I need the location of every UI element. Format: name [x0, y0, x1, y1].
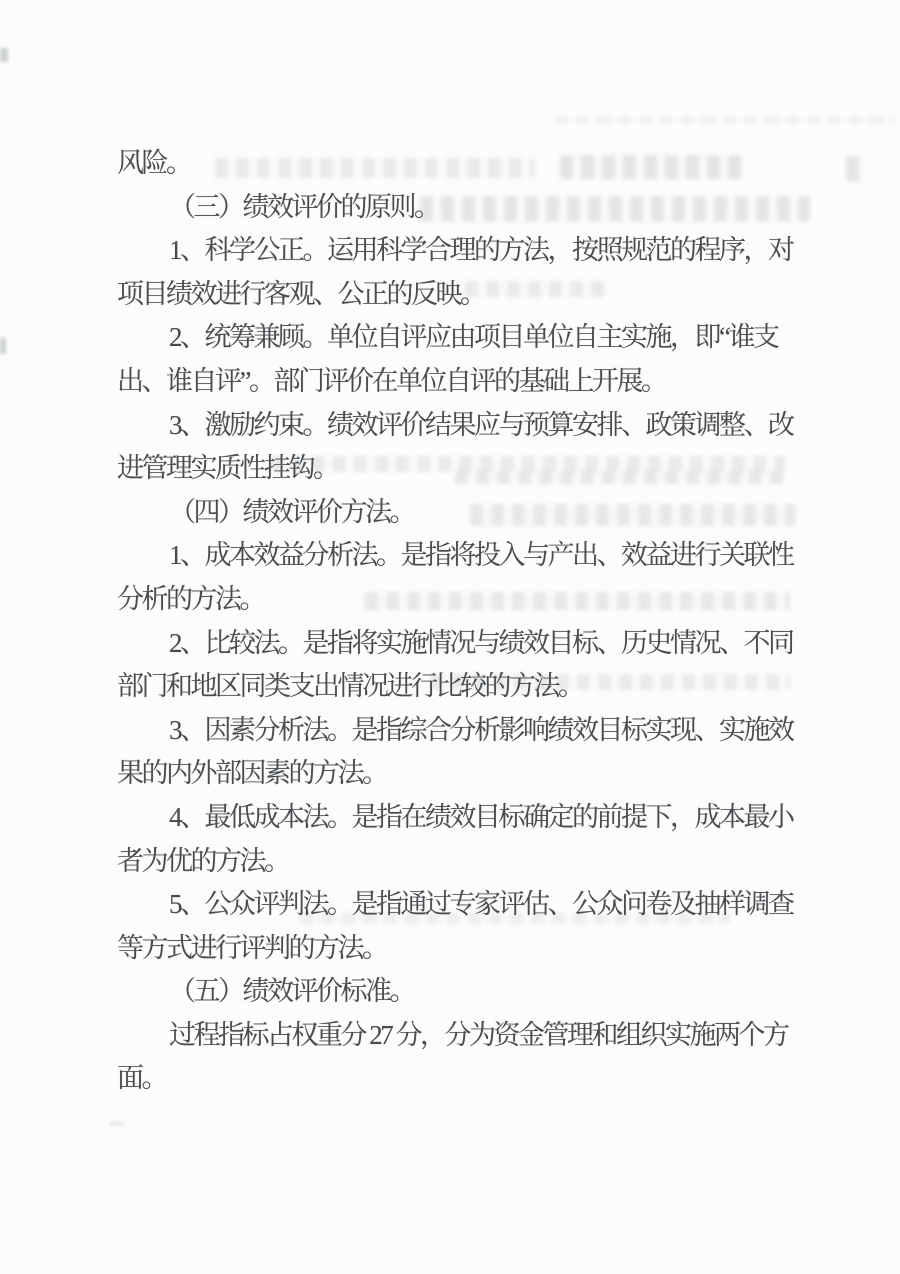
document-line: 分析的方法。	[117, 578, 827, 622]
document-line: 面。	[117, 1057, 827, 1101]
document-line: 2、比较法。是指将实施情况与绩效目标、历史情况、不同	[117, 622, 827, 666]
bleedthrough-artifact	[846, 156, 862, 182]
document-line: 部门和地区同类支出情况进行比较的方法。	[117, 665, 827, 709]
document-line: 风险。	[117, 142, 827, 186]
document-line: 果的内外部因素的方法。	[117, 752, 827, 796]
document-line: 进管理实质性挂钩。	[117, 447, 827, 491]
document-line: 项目绩效进行客观、公正的反映。	[117, 273, 827, 317]
scan-speck	[110, 1122, 124, 1125]
document-line: 者为优的方法。	[117, 840, 827, 884]
document-line: 2、统筹兼顾。单位自评应由项目单位自主实施，即“谁支	[117, 316, 827, 360]
document-line: 过程指标占权重分 27 分，分为资金管理和组织实施两个方	[117, 1014, 827, 1058]
scan-speck	[0, 338, 6, 354]
bleedthrough-artifact	[555, 117, 895, 123]
scanned-document-page: 风险。 （三）绩效评价的原则。 1、科学公正。运用科学合理的方法，按照规范的程序…	[0, 0, 900, 1274]
section-heading: （三）绩效评价的原则。	[117, 186, 827, 230]
document-line: 3、激励约束。绩效评价结果应与预算安排、政策调整、改	[117, 404, 827, 448]
document-line: 3、因素分析法。是指综合分析影响绩效目标实现、实施效	[117, 709, 827, 753]
document-line: 4、最低成本法。是指在绩效目标确定的前提下，成本最小	[117, 796, 827, 840]
section-heading: （四）绩效评价方法。	[117, 491, 827, 535]
section-heading: （五）绩效评价标准。	[117, 970, 827, 1014]
scan-speck	[0, 48, 8, 62]
document-body: 风险。 （三）绩效评价的原则。 1、科学公正。运用科学合理的方法，按照规范的程序…	[117, 142, 827, 1101]
document-line: 出、谁自评”。部门评价在单位自评的基础上开展。	[117, 360, 827, 404]
document-line: 5、公众评判法。是指通过专家评估、公众问卷及抽样调查	[117, 883, 827, 927]
document-line: 等方式进行评判的方法。	[117, 927, 827, 971]
document-line: 1、成本效益分析法。是指将投入与产出、效益进行关联性	[117, 534, 827, 578]
document-line: 1、科学公正。运用科学合理的方法，按照规范的程序，对	[117, 229, 827, 273]
